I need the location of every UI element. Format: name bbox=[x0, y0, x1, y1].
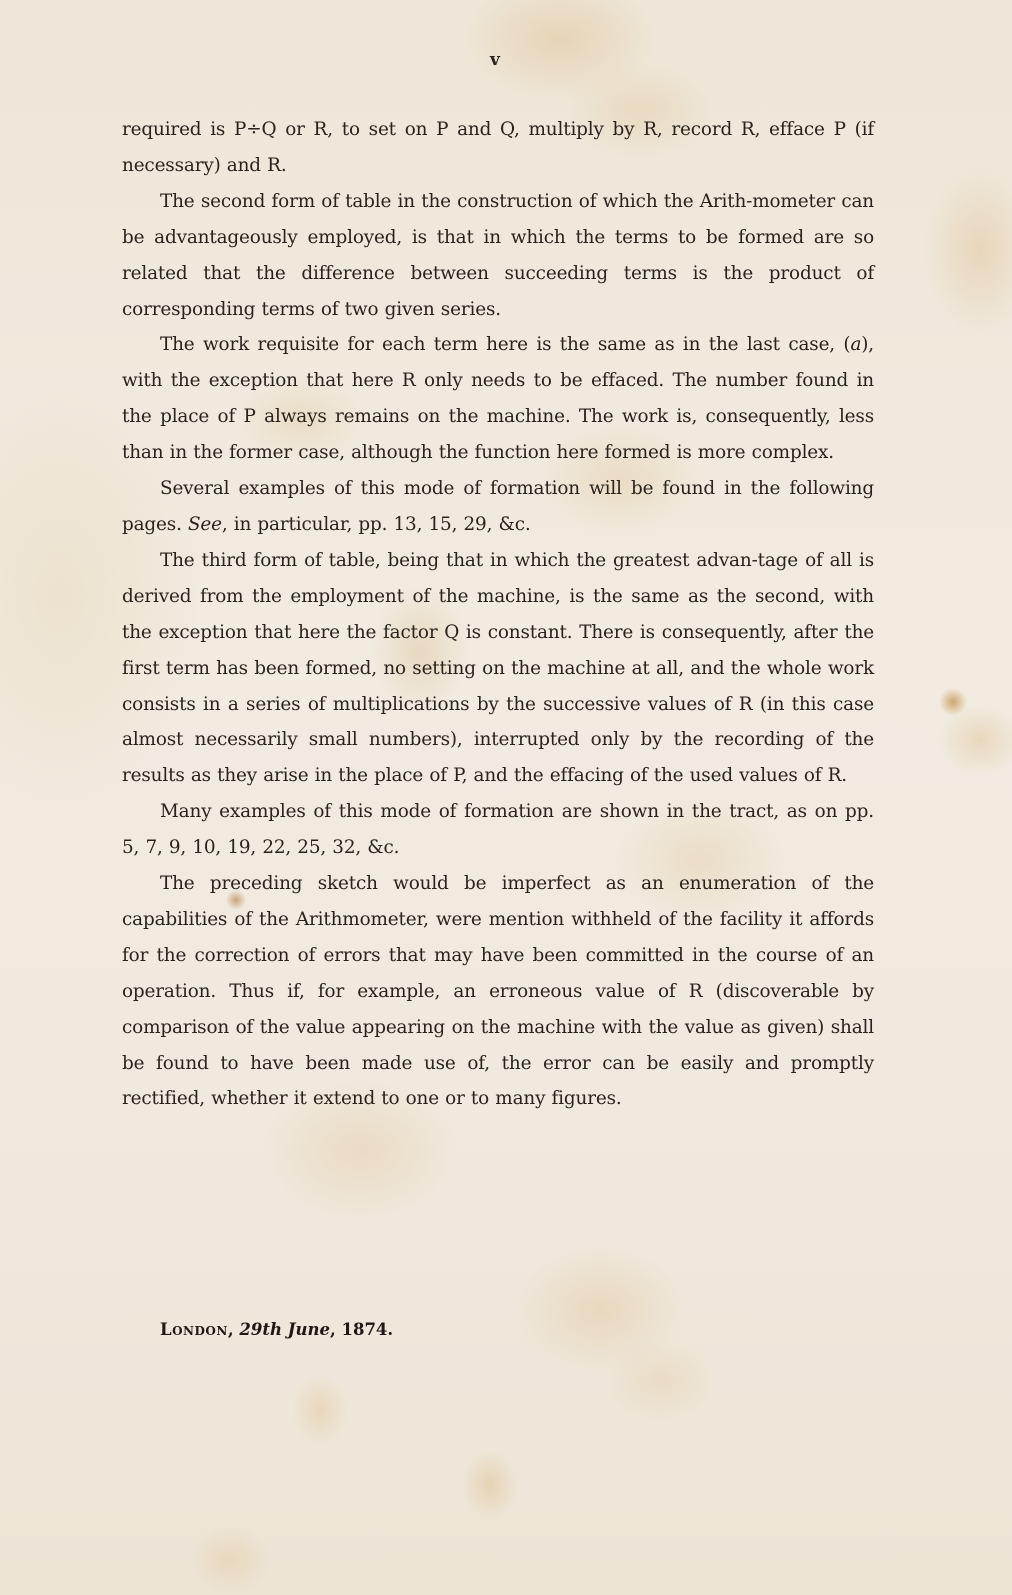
paragraph-6-many-examples: Many examples of this mode of formation … bbox=[122, 794, 874, 866]
paragraph-text: The preceding sketch would be imperfect … bbox=[122, 873, 874, 1109]
paragraph-4-several-examples: Several examples of this mode of formati… bbox=[122, 471, 874, 543]
signature-date: 29th June bbox=[239, 1320, 330, 1339]
signature-line: London, 29th June, 1874. bbox=[160, 1320, 393, 1339]
paragraph-text: Many examples of this mode of formation … bbox=[122, 801, 874, 858]
paragraph-text: , in particular, pp. 13, 15, 29, &c. bbox=[222, 514, 531, 535]
paragraph-3-work-requisite: The work requisite for each term here is… bbox=[122, 327, 874, 471]
paragraph-text: required is P÷Q or R, to set on P and Q,… bbox=[122, 119, 874, 176]
italic-reference: a bbox=[850, 334, 861, 355]
signature-year: 1874. bbox=[341, 1320, 393, 1339]
page-number: v bbox=[0, 50, 990, 70]
paragraph-text: The third form of table, being that in w… bbox=[122, 550, 874, 786]
signature-place: London bbox=[160, 1320, 228, 1339]
paragraph-5-third-form: The third form of table, being that in w… bbox=[122, 543, 874, 794]
paragraph-text: The second form of table in the construc… bbox=[122, 191, 874, 320]
paragraph-2-second-form: The second form of table in the construc… bbox=[122, 184, 874, 328]
document-page: v required is P÷Q or R, to set on P and … bbox=[0, 0, 1012, 1595]
italic-see: See bbox=[188, 514, 222, 535]
paragraph-text: The work requisite for each term here is… bbox=[160, 334, 850, 355]
body-text: required is P÷Q or R, to set on P and Q,… bbox=[122, 112, 874, 1117]
paragraph-7-preceding-sketch: The preceding sketch would be imperfect … bbox=[122, 866, 874, 1117]
paragraph-1-continued: required is P÷Q or R, to set on P and Q,… bbox=[122, 112, 874, 184]
